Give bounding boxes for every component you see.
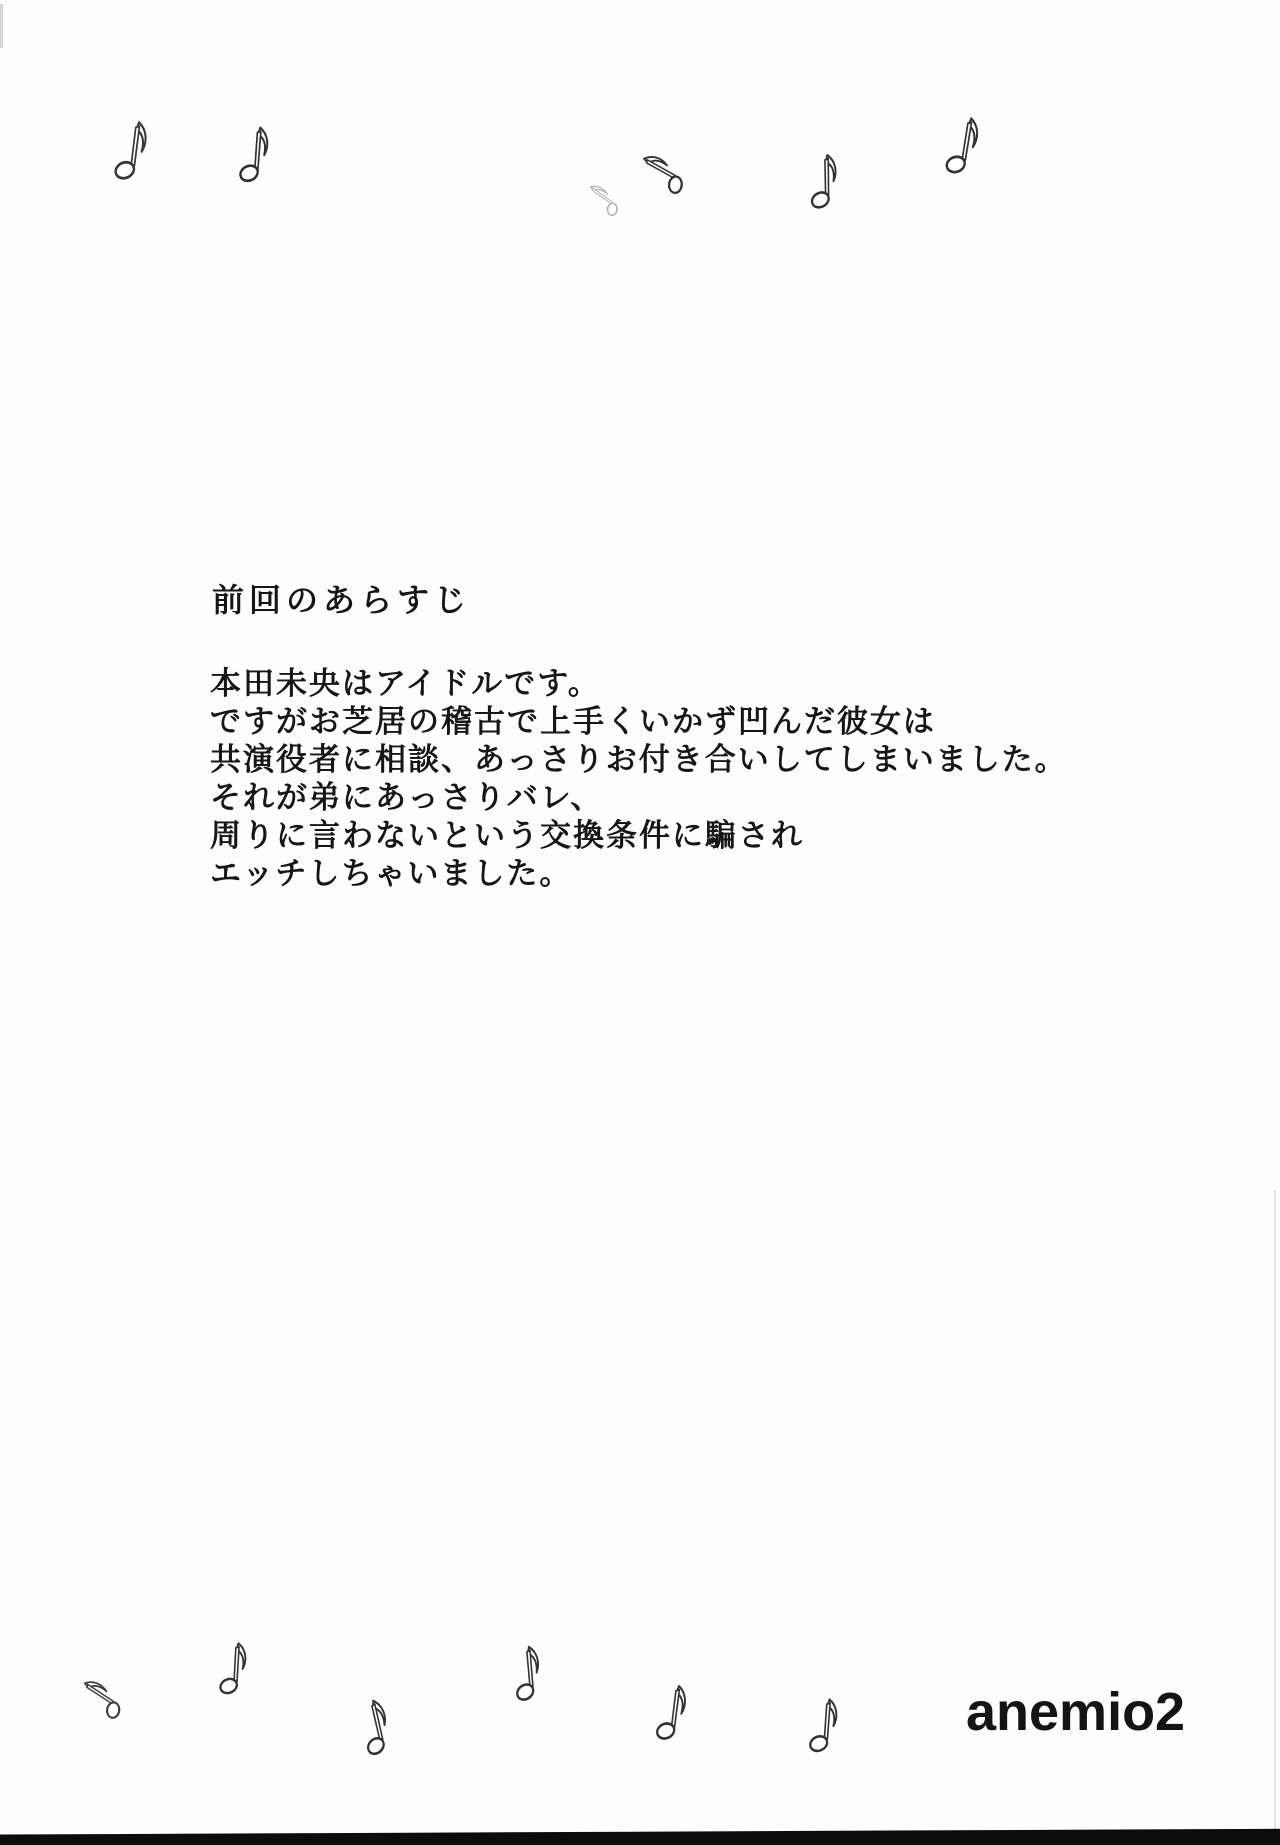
synopsis-line: ですがお芝居の稽古で上手くいかず凹んだ彼女は [210,703,1068,741]
eighth-note-icon [505,1642,548,1704]
eighth-note-icon [350,1694,400,1759]
synopsis-title: 前回のあらすじ [212,575,1068,621]
eighth-note-icon [71,1671,131,1726]
eighth-note-icon [938,112,986,179]
synopsis-line: それが弟にあっさりバレ、 [210,779,1068,817]
synopsis-body: 本田未央はアイドルです。 ですがお芝居の稽古で上手くいかず凹んだ彼女は 共演役者… [210,665,1068,893]
eighth-note-icon [579,178,627,222]
synopsis-line: 周りに言わないという交換条件に騙され [210,817,1068,855]
synopsis-block: 前回のあらすじ 本田未央はアイドルです。 ですがお芝居の稽古で上手くいかず凹んだ… [210,575,1068,893]
synopsis-line: 本田未央はアイドルです。 [210,665,1068,703]
synopsis-line: 共演役者に相談、あっさりお付き合いしてしまいました。 [210,741,1068,779]
scan-edge-artifact [1274,1190,1276,1832]
eighth-note-icon [232,123,274,185]
circle-credit: anemio2 [966,1681,1185,1743]
synopsis-line: エッチしちゃいました。 [210,855,1068,893]
scan-edge-artifact [0,4,3,48]
eighth-note-icon [631,146,694,202]
eighth-note-icon [649,1680,693,1744]
eighth-note-icon [803,151,843,210]
scanned-doujin-page: 前回のあらすじ 本田未央はアイドルです。 ですがお芝居の稽古で上手くいかず凹んだ… [0,0,1280,1845]
eighth-note-icon [107,116,154,184]
scan-bottom-edge [0,1827,1280,1845]
eighth-note-icon [213,1639,252,1696]
eighth-note-icon [803,1695,844,1755]
